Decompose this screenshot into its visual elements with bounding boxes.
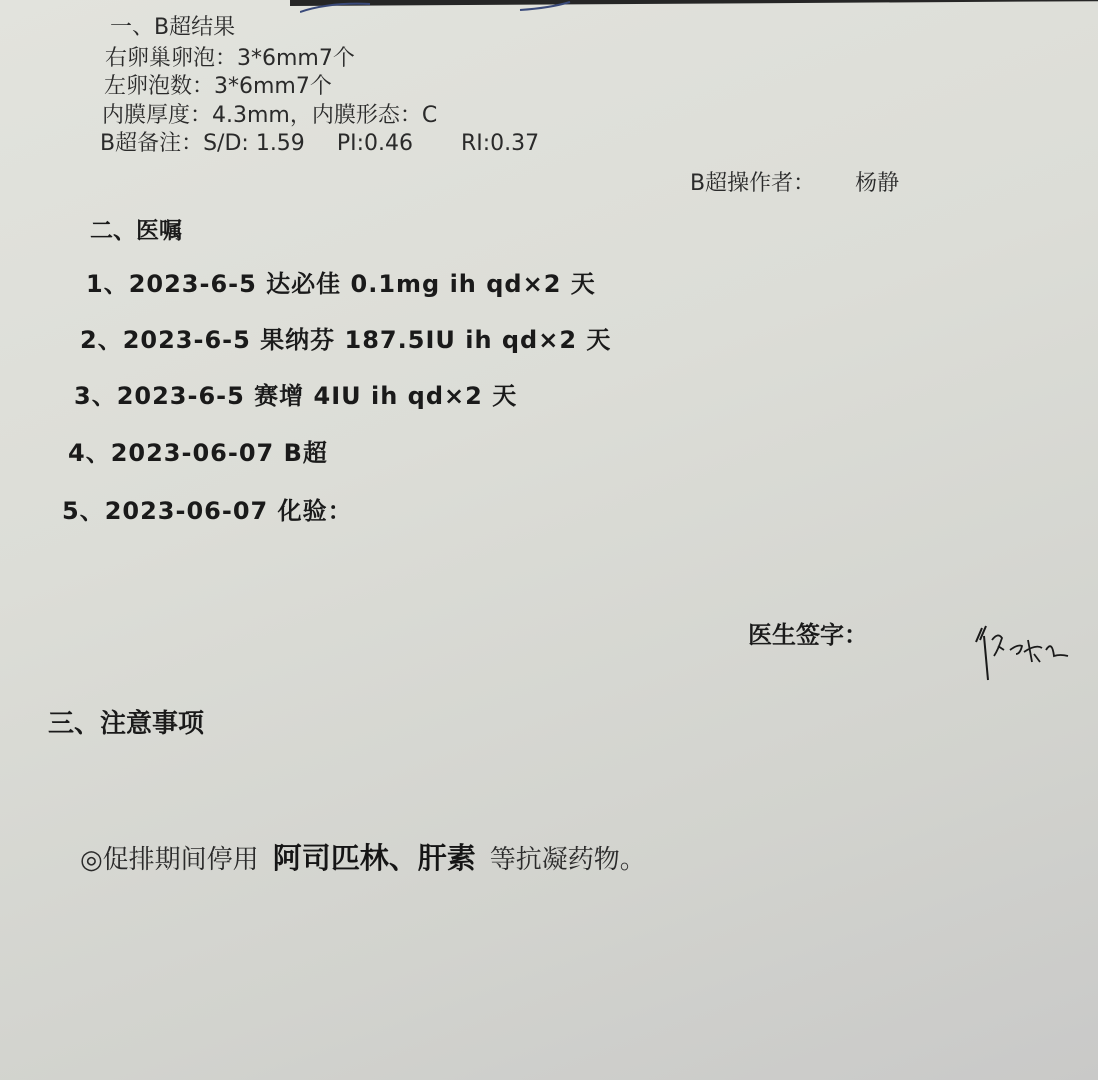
section-orders-title: 二、医嘱 bbox=[90, 212, 182, 245]
right-ovary-follicles: 右卵巢卵泡：3*6mm7个 bbox=[105, 41, 355, 72]
notice-prefix: ◎促排期间停用 bbox=[80, 845, 259, 875]
order-item: 4、2023-06-07 B超 bbox=[68, 433, 328, 468]
notice-item: ◎促排期间停用阿司匹林、肝素等抗凝药物。 bbox=[80, 836, 646, 877]
section-ultrasound-title: 一、B超结果 bbox=[110, 10, 235, 41]
order-item: 1、2023-6-5 达必佳 0.1mg ih qd×2 天 bbox=[86, 264, 596, 299]
pi-value: PI:0.46 bbox=[337, 131, 413, 156]
ultrasound-operator: B超操作者：杨静 bbox=[690, 166, 899, 197]
notice-suffix: 等抗凝药物。 bbox=[490, 845, 646, 875]
pen-stroke-mark bbox=[300, 0, 800, 20]
sd-value: S/D: 1.59 bbox=[203, 131, 305, 156]
operator-name: 杨静 bbox=[855, 171, 899, 196]
ultrasound-remarks: B超备注：S/D: 1.59PI:0.46RI:0.37 bbox=[100, 126, 539, 157]
left-follicle-count: 左卵泡数：3*6mm7个 bbox=[104, 69, 332, 100]
order-item: 3、2023-6-5 赛增 4IU ih qd×2 天 bbox=[74, 376, 517, 411]
section-notices-title: 三、注意事项 bbox=[48, 703, 204, 740]
order-item: 2、2023-6-5 果纳芬 187.5IU ih qd×2 天 bbox=[80, 320, 611, 355]
endometrium-info: 内膜厚度：4.3mm，内膜形态：C bbox=[102, 98, 437, 129]
doctor-signature-label: 医生签字： bbox=[748, 615, 868, 650]
notice-emphasis: 阿司匹林、肝素 bbox=[273, 841, 476, 875]
remarks-label: B超备注： bbox=[100, 131, 203, 156]
ri-value: RI:0.37 bbox=[461, 131, 539, 156]
operator-label: B超操作者： bbox=[690, 171, 815, 196]
order-item: 5、2023-06-07 化验： bbox=[62, 491, 353, 526]
doctor-signature bbox=[968, 610, 1078, 690]
